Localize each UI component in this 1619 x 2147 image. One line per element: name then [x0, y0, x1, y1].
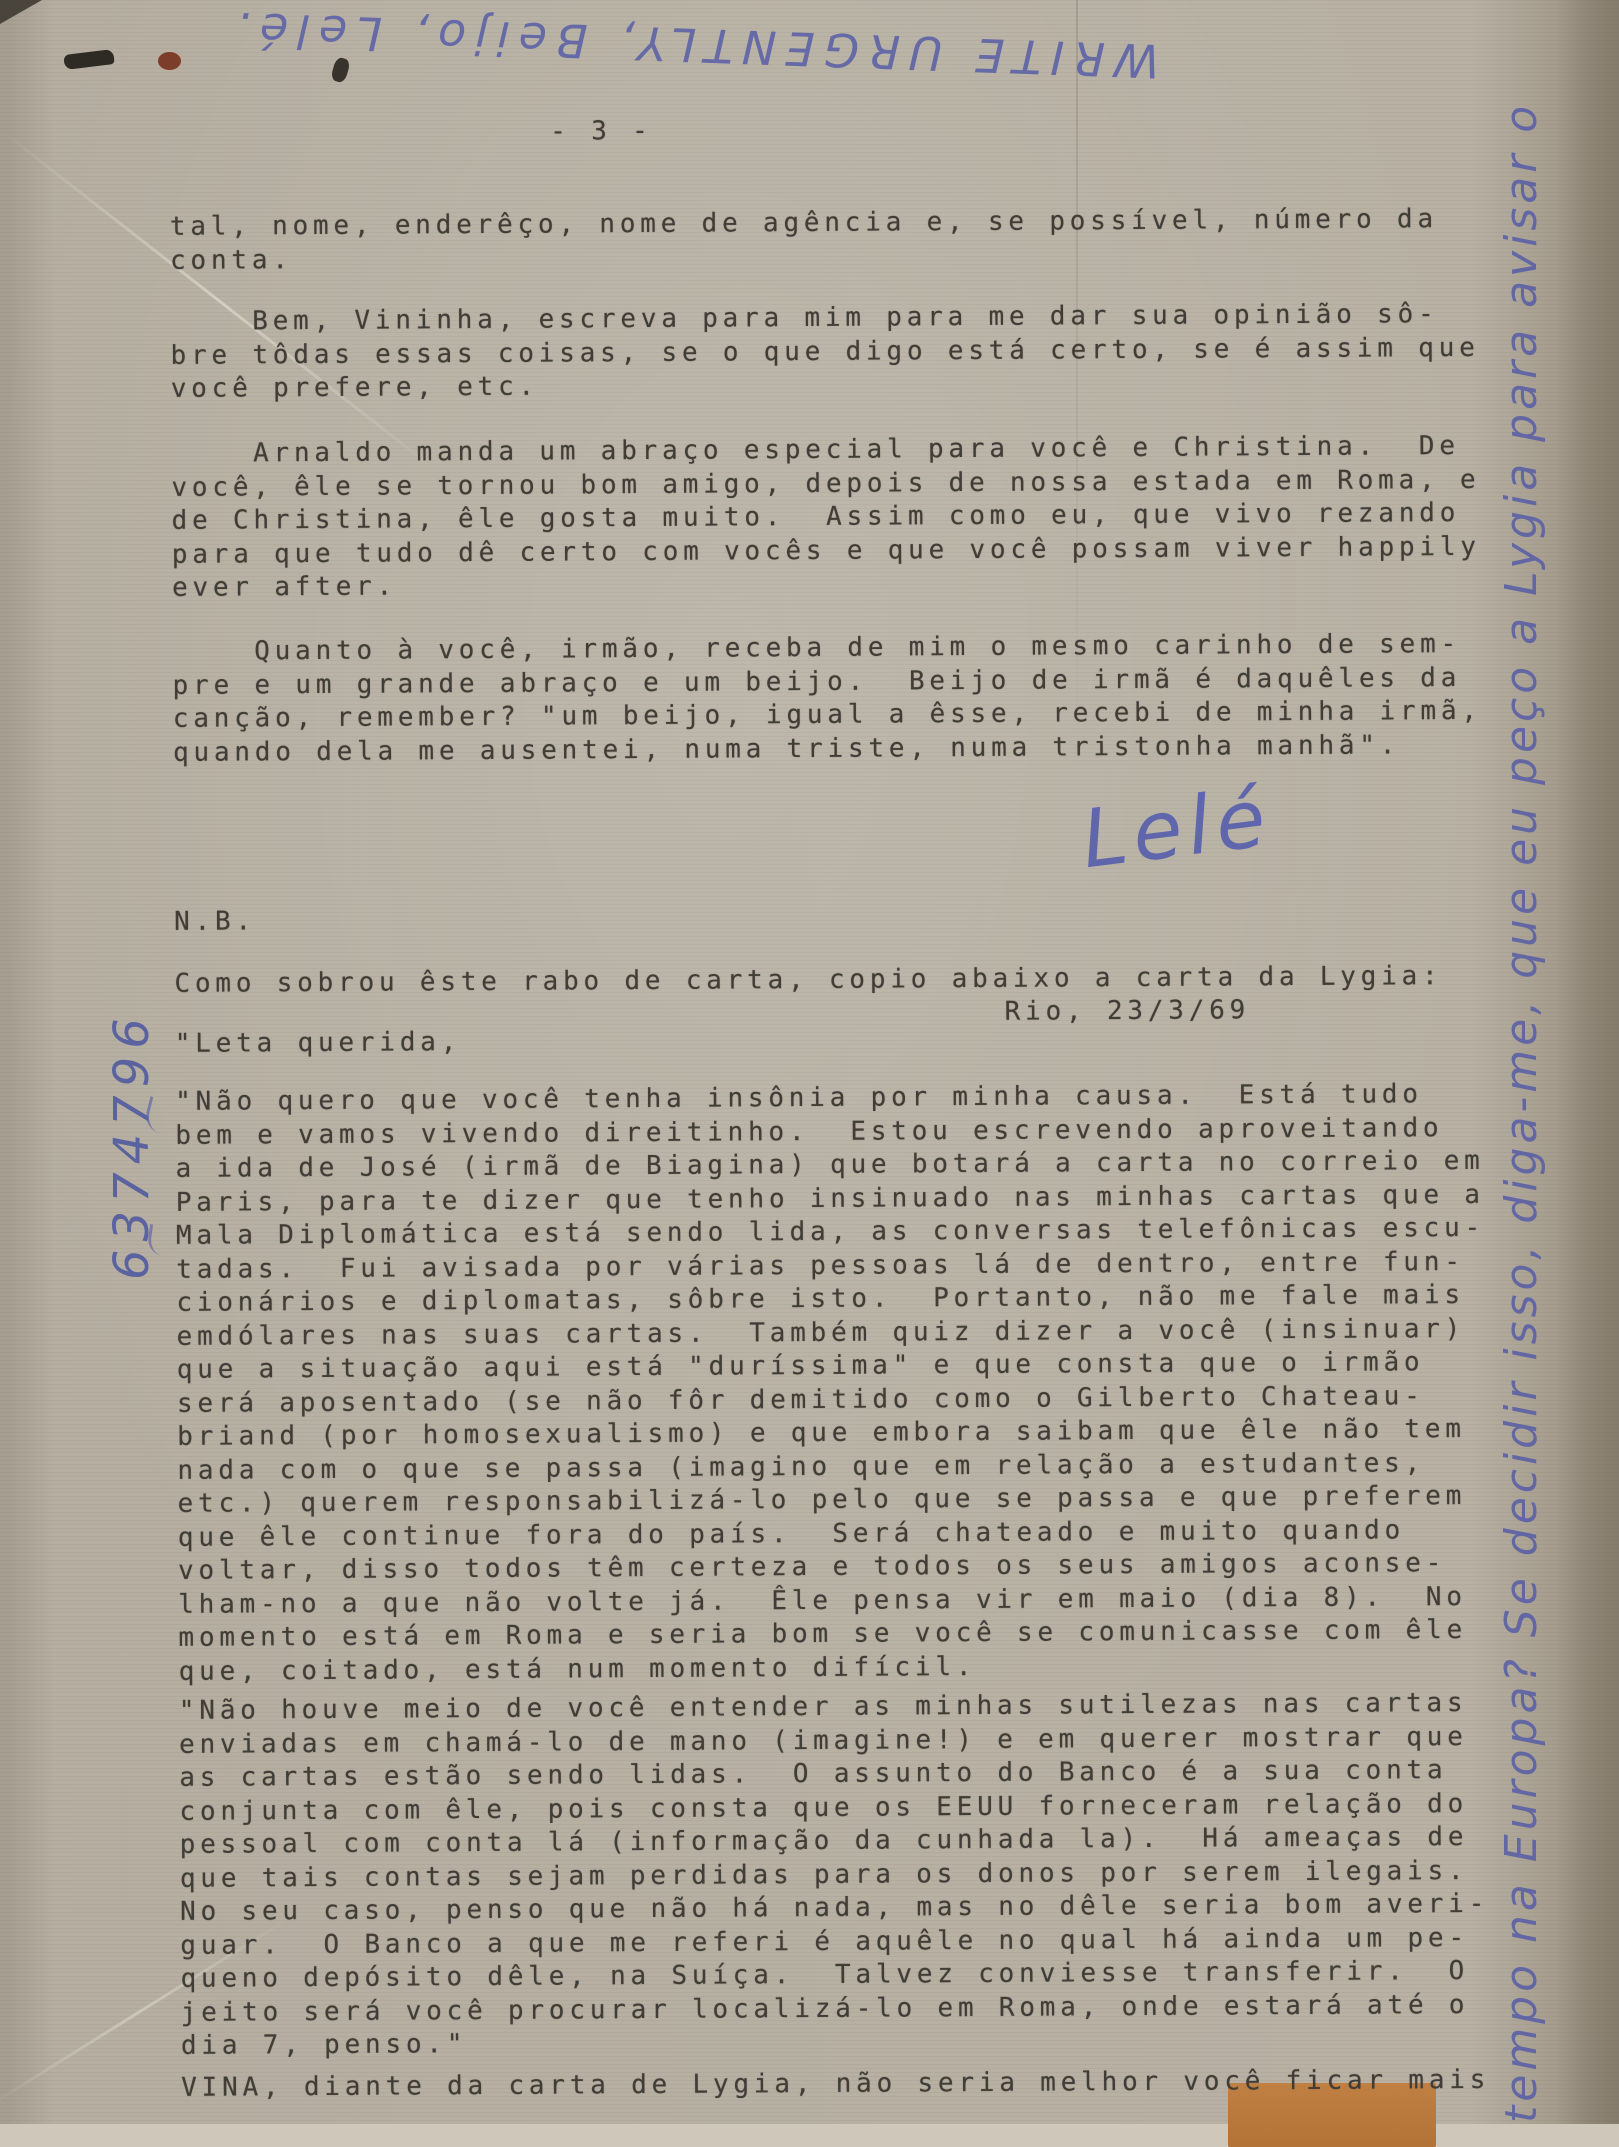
scanned-letter-page: WRITE URGENTLY, Beijo, Lelé. 6374796 tem… [0, 0, 1619, 2147]
salutation: "Leta querida, [175, 1026, 462, 1061]
intro-line: Como sobrou êste rabo de carta, copio ab… [174, 960, 1442, 1001]
typed-paragraph-2: Bem, Vininha, escreva para mim para me d… [170, 298, 1480, 406]
typed-paragraph-3: Arnaldo manda um abraço especial para vo… [171, 430, 1481, 605]
closing-line: VINA, diante da carta de Lygia, não seri… [181, 2064, 1490, 2105]
typed-paragraph-5: "Não quero que você tenha insônia por mi… [175, 1078, 1488, 1689]
typed-paragraph-4: Quanto à você, irmão, receba de mim o me… [172, 628, 1482, 770]
page-number-label: - 3 - [550, 115, 652, 149]
nb-label: N.B. [174, 905, 256, 939]
typed-paragraph-1: tal, nome, enderêço, nome de agência e, … [170, 203, 1438, 278]
typed-text-layer: - 3 - tal, nome, enderêço, nome de agênc… [0, 0, 1619, 2147]
typed-line: dia 7, penso." [181, 2022, 1490, 2063]
typed-line: ever after. [172, 564, 1481, 605]
typed-paragraph-6: "Não houve meio de você entender as minh… [179, 1687, 1490, 2063]
typed-line: você prefere, etc. [171, 365, 1480, 406]
dateline: Rio, 23/3/69 [1005, 994, 1251, 1029]
